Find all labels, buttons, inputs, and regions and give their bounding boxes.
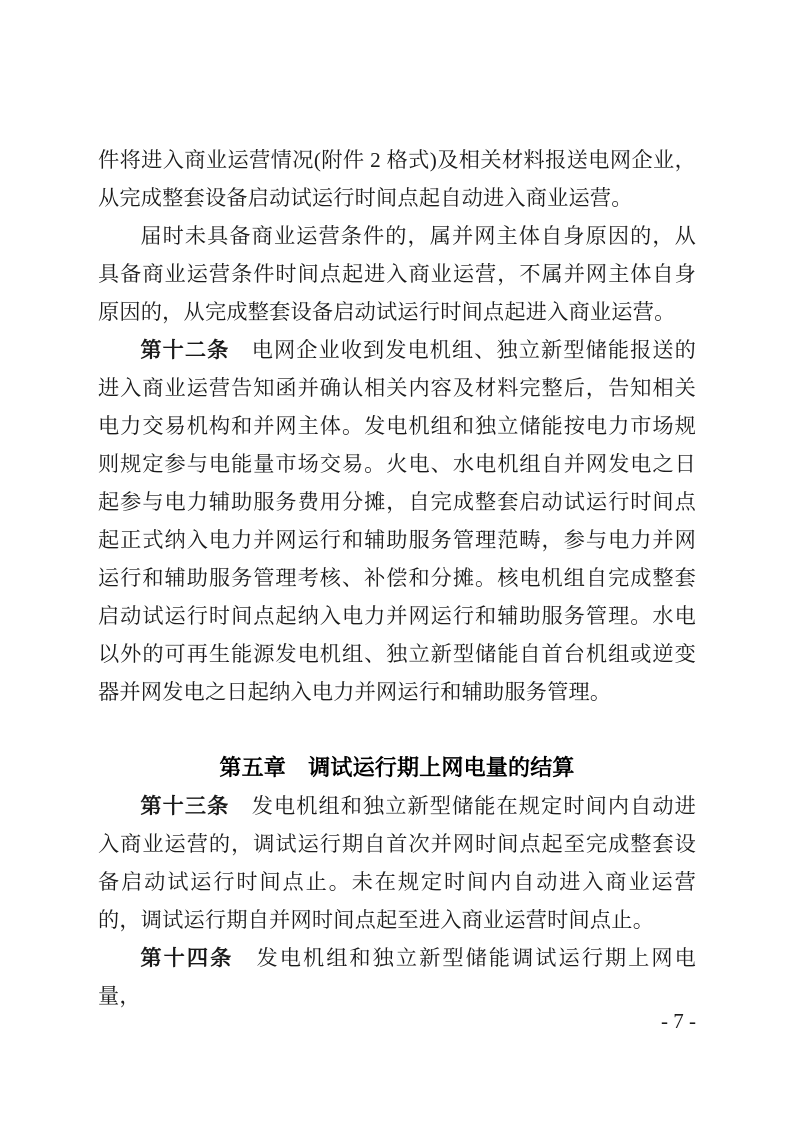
chapter-heading: 第五章 调试运行期上网电量的结算 — [98, 749, 696, 787]
article-number: 第十四条 — [140, 946, 233, 970]
document-page: 件将进入商业运营情况(附件 2 格式)及相关材料报送电网企业，从完成整套设备启动… — [0, 0, 794, 1123]
body-paragraph: 件将进入商业运营情况(附件 2 格式)及相关材料报送电网企业，从完成整套设备启动… — [98, 141, 696, 217]
article-paragraph: 第十三条 发电机组和独立新型储能在规定时间内自动进入商业运营的，调试运行期自首次… — [98, 787, 696, 939]
article-number: 第十二条 — [140, 338, 229, 362]
page-number: - 7 - — [98, 1007, 696, 1035]
article-paragraph: 第十四条 发电机组和独立新型储能调试运行期上网电量， — [98, 939, 696, 1015]
article-paragraph: 第十二条 电网企业收到发电机组、独立新型储能报送的进入商业运营告知函并确认相关内… — [98, 331, 696, 711]
document-body: 件将进入商业运营情况(附件 2 格式)及相关材料报送电网企业，从完成整套设备启动… — [98, 141, 696, 1015]
body-paragraph: 届时未具备商业运营条件的，属并网主体自身原因的，从具备商业运营条件时间点起进入商… — [98, 217, 696, 331]
article-number: 第十三条 — [140, 794, 229, 818]
article-text: 电网企业收到发电机组、独立新型储能报送的进入商业运营告知函并确认相关内容及材料完… — [98, 338, 696, 704]
